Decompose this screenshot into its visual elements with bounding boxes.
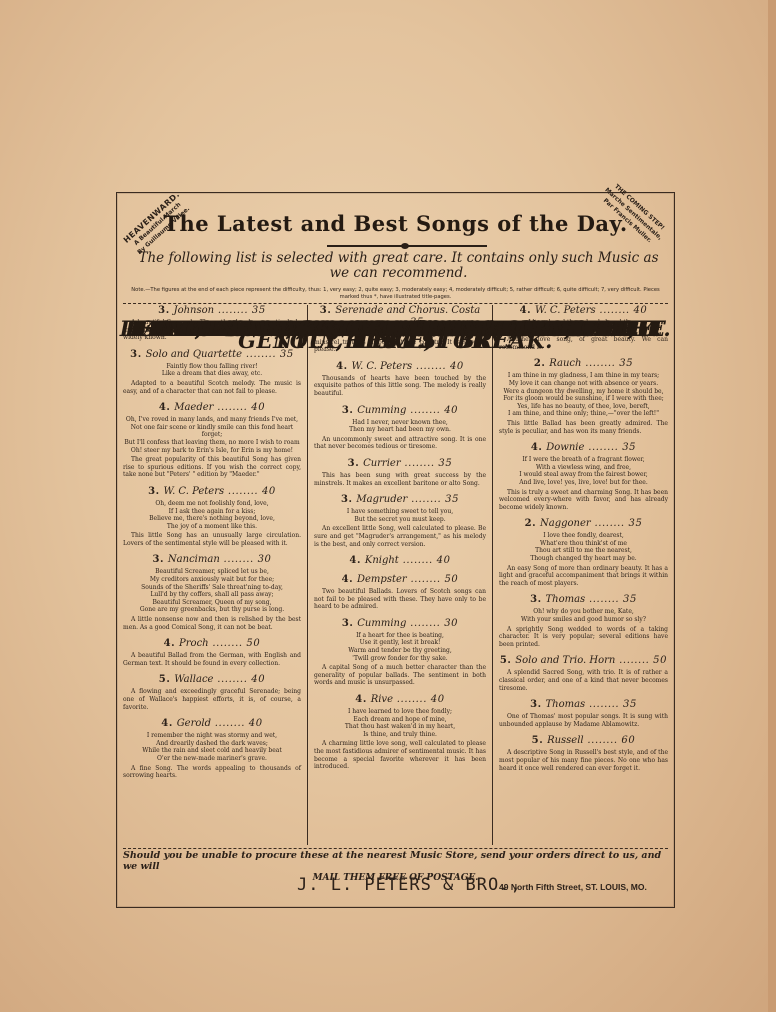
verse-line: O'er the new-made mariner's grave.	[123, 755, 301, 763]
song-description: A charming little love song, well calcul…	[314, 740, 486, 770]
song-verse: I have learned to love thee fondly;Each …	[314, 708, 486, 738]
song-title-line: Life has no Charms for Me. 3. Thomas ...…	[499, 699, 668, 711]
difficulty-grade: 5.	[159, 674, 171, 685]
verse-line: Each dream and hope of mine,	[314, 716, 486, 724]
price: 30	[444, 618, 458, 629]
verse-line: But I'll confess that leaving them, no m…	[123, 439, 301, 447]
difficulty-grade: 3.	[348, 458, 360, 469]
leader-dots: ........	[214, 305, 252, 316]
verse-line: Oh! why do you bother me, Kate,	[499, 608, 668, 616]
song-entry: If a Heart for Thee is Beating, Use it G…	[314, 618, 486, 687]
composer: Gerold	[177, 718, 211, 729]
difficulty-grade: 3.	[130, 349, 142, 360]
price: 40	[249, 718, 263, 729]
leader-dots: ........	[406, 405, 444, 416]
difficulty-grade: 3.	[342, 405, 354, 416]
difficulty-grade: 3.	[342, 618, 354, 629]
difficulty-grade: 4.	[336, 361, 348, 372]
composer: Thomas	[545, 699, 585, 710]
difficulty-grade: 5.	[532, 735, 544, 746]
leader-dots: ........	[412, 361, 450, 372]
composer: Maeder	[174, 402, 213, 413]
verse-line: What'ere thou think'st of me	[499, 540, 668, 548]
song-entry: Lawgiver's Grave. 5. Solo and Trio. Horn…	[499, 655, 668, 692]
difficulty-grade: 4.	[531, 442, 543, 453]
song-entry: I Am Thine, and Thine Only, (Over the Le…	[499, 358, 668, 435]
song-entry: I Canna Bid Him Gang, Mither. 4. Knight …	[314, 555, 486, 567]
song-description: A flowing and exceedingly graceful Seren…	[123, 688, 301, 711]
difficulty-grade: 3.	[153, 554, 165, 565]
price: 50	[444, 574, 458, 585]
verse-line: That thou hast waken'd in my heart,	[314, 723, 486, 731]
song-entry: I Live, Love, but for Thee. 4. Downie ..…	[499, 442, 668, 511]
verse-line: But the secret you must keep.	[314, 516, 486, 524]
song-description: A beautiful Ballad from the German, with…	[123, 652, 301, 667]
leader-dots: ........	[224, 486, 262, 497]
song-entry: I'm Weary of Being in Love. 3. Thomas ..…	[499, 594, 668, 648]
song-entry: Gentle Eva; or, Have you heard the touch…	[314, 361, 486, 398]
verse-line: My love it can change not with absence o…	[499, 380, 668, 388]
verse-line: 'Twill grow fonder for thy sake.	[314, 655, 486, 663]
composer: Wallace	[174, 674, 213, 685]
verse-line: Then my heart had been my own.	[314, 426, 486, 434]
price: 40	[633, 305, 647, 316]
song-description: Thousands of hearts have been touched by…	[314, 375, 486, 398]
song-columns: Awake from thy Slumbers! 3. Johnson ....…	[117, 305, 674, 845]
composer: Currier	[363, 458, 401, 469]
song-verse: I remember the night was stormy and wet,…	[123, 732, 301, 762]
song-description: This is truly a sweet and charming Song.…	[499, 489, 668, 512]
song-title-line: Bright Star of Love, Shine On! 5. Wallac…	[123, 674, 301, 686]
song-title: Main Truck; or, a Leap for Life.	[492, 323, 674, 335]
header: HEAVENWARD. A Beautiful March By Guillau…	[117, 193, 674, 303]
composer: Serenade and Chorus. Costa	[335, 305, 480, 316]
song-title-line: Had I Never, Never Known Thee. 3. Cummin…	[314, 405, 486, 417]
leader-dots: ........	[584, 442, 622, 453]
price: 40	[251, 402, 265, 413]
song-title-line: Lawgiver's Grave. 5. Solo and Trio. Horn…	[499, 655, 668, 667]
song-verse: Oh! why do you bother me, Kate,With your…	[499, 608, 668, 623]
song-description: A little nonsense now and then is relish…	[123, 616, 301, 631]
leader-dots: ........	[209, 638, 247, 649]
song-description: A descriptive Song in Russell's best sty…	[499, 749, 668, 772]
song-entry: I Have Something Sweet to Tell You. 3. M…	[314, 494, 486, 548]
composer: Nanciman	[168, 554, 220, 565]
leader-dots: ........	[407, 574, 445, 585]
song-title-line: I Canna Bid Him Gang, Mither. 4. Knight …	[314, 555, 486, 567]
verse-line: Oh, deem me not foolishly fond, love,	[123, 500, 301, 508]
song-description: An excellent little Song, well calculate…	[314, 525, 486, 548]
leader-dots: ........	[401, 458, 439, 469]
verse-line: Had I never, never known thee,	[314, 419, 486, 427]
leader-dots: ........	[406, 618, 444, 629]
verse-line: Sounds of the Sheriffs' Sale threat'ning…	[123, 584, 301, 592]
verse-line: Beautiful Screamer, spliced let us be,	[123, 568, 301, 576]
song-entry: Oh, Deem me not Foolishly Fond, Love. 3.…	[123, 486, 301, 548]
difficulty-grade: 3.	[530, 699, 542, 710]
price: 35	[623, 699, 637, 710]
composer: W. C. Peters	[164, 486, 225, 497]
song-title-line: I Canna Lo'e Him Less. 4. Dempster .....…	[314, 574, 486, 586]
verse-line: I love thee fondly, dearest,	[499, 532, 668, 540]
song-entry: Mariner's Grave. 4. Gerold ........ 40I …	[123, 718, 301, 780]
composer: Dempster	[357, 574, 407, 585]
song-entry: Main Truck; or, a Leap for Life. 5. Russ…	[499, 735, 668, 772]
song-description: This little Ballad has been greatly admi…	[499, 420, 668, 435]
composer: Downie	[546, 442, 584, 453]
corner-ad-left: HEAVENWARD. A Beautiful March By Guillau…	[108, 177, 237, 303]
difficulty-grade: 3.	[341, 494, 353, 505]
verse-line: I am thine, and thine only; thine,—"over…	[499, 410, 668, 418]
song-description: A sprightly Song wedded to words of a ta…	[499, 626, 668, 649]
song-description: Two beautiful Ballads. Lovers of Scotch …	[314, 588, 486, 611]
song-verse: Beautiful Screamer, spliced let us be,My…	[123, 568, 301, 614]
composer: W. C. Peters	[352, 361, 413, 372]
leader-dots: ........	[584, 735, 622, 746]
leader-dots: ........	[585, 699, 623, 710]
verse-line: Faintly flow thou falling river!	[123, 363, 301, 371]
song-title-line: If a Heart for Thee is Beating, Use it G…	[314, 618, 486, 630]
difficulty-grade: 4.	[161, 718, 173, 729]
verse-line: Use it gently, lest it break!	[314, 639, 486, 647]
difficulty-grade: 5.	[500, 655, 512, 666]
song-title-line: Mariner's Grave. 4. Gerold ........ 40	[123, 718, 301, 730]
composer: Solo and Trio. Horn	[515, 655, 615, 666]
difficulty-note: Note.—The figures at the end of each pie…	[123, 287, 668, 304]
song-title-line: Main Truck; or, a Leap for Life. 5. Russ…	[499, 735, 668, 747]
song-verse: Oh, deem me not foolishly fond, love,If …	[123, 500, 301, 530]
composer: Rive	[371, 694, 393, 705]
verse-line: My creditors anxiously wait but for thee…	[123, 576, 301, 584]
leader-dots: ........	[220, 554, 258, 565]
song-title-line: Erin is my Home. 4. Maeder ........ 40	[123, 402, 301, 414]
footer: Should you be unable to procure these at…	[117, 848, 674, 883]
leader-dots: ........	[585, 594, 623, 605]
price: 50	[246, 638, 260, 649]
song-title-line: I Have Something Sweet to Tell You. 3. M…	[314, 494, 486, 506]
difficulty-grade: 4.	[520, 305, 532, 316]
verse-line: Gone are my greenbacks, but thy purse is…	[123, 606, 301, 614]
song-title-line: I Am Thine, and Thine Only, (Over the Le…	[499, 358, 668, 370]
composer: Naggoner	[540, 518, 591, 529]
verse-line: Warm and tender be thy greeting,	[314, 647, 486, 655]
song-title-line: I Have Learned to Love Thee Fondly. 4. R…	[314, 694, 486, 706]
price: 35	[628, 518, 642, 529]
price: 35	[622, 442, 636, 453]
song-entry: Happy Days of Yore. 3. Currier ........ …	[314, 458, 486, 487]
verse-line: Oh! steer my bark to Erin's Isle, for Er…	[123, 447, 301, 455]
song-description: An easy Song of more than ordinary beaut…	[499, 565, 668, 588]
song-entry: I Love Thee Fondly, Dearest. 2. Naggoner…	[499, 518, 668, 587]
song-verse: If a heart for thee is beating,Use it ge…	[314, 632, 486, 662]
column-3: I Have Loved Thee, Dearly Loved Thee. 4.…	[492, 305, 674, 845]
composer: W. C. Peters	[535, 305, 596, 316]
song-description: A capital Song of a much better characte…	[314, 664, 486, 687]
song-title-line: Beautiful Screamer. 3. Nanciman ........…	[123, 554, 301, 566]
verse-line: I remember the night was stormy and wet,	[123, 732, 301, 740]
verse-line: And drearily dashed the dark waves;	[123, 740, 301, 748]
price: 35	[445, 494, 459, 505]
verse-line: The joy of a moment like this.	[123, 523, 301, 531]
verse-line: Thou art still to me the nearest,	[499, 547, 668, 555]
song-verse: I have something sweet to tell you,But t…	[314, 508, 486, 523]
song-entry: Life has no Charms for Me. 3. Thomas ...…	[499, 699, 668, 728]
song-title-line: Mother's Recognition. 4. Proch ........ …	[123, 638, 301, 650]
verse-line: Oh, I've roved in many lands, and many f…	[123, 416, 301, 424]
order-instructions: Should you be unable to procure these at…	[123, 848, 668, 872]
leader-dots: ........	[591, 518, 629, 529]
leader-dots: ........	[211, 718, 249, 729]
song-verse: Had I never, never known thee,Then my he…	[314, 419, 486, 434]
song-verse: I love thee fondly, dearest,What'ere tho…	[499, 532, 668, 562]
leader-dots: ........	[615, 655, 653, 666]
composer: Thomas	[545, 594, 585, 605]
difficulty-grade: 4.	[159, 402, 171, 413]
price: 40	[450, 361, 464, 372]
verse-line: I have something sweet to tell you,	[314, 508, 486, 516]
verse-line: Is thine, and truly thine.	[314, 731, 486, 739]
difficulty-grade: 3.	[320, 305, 332, 316]
verse-line: I would steal away from the fairest bowe…	[499, 471, 668, 479]
price: 40	[437, 555, 451, 566]
price: 40	[262, 486, 276, 497]
difficulty-grade: 4.	[349, 555, 361, 566]
composer: Proch	[179, 638, 209, 649]
verse-line: If I were the breath of a fragrant flowe…	[499, 456, 668, 464]
difficulty-grade: 2.	[525, 518, 537, 529]
song-description: An uncommonly sweet and attractive song.…	[314, 436, 486, 451]
publisher-name: J. L. PETERS & BRO.,	[297, 875, 522, 895]
difficulty-grade: 3.	[530, 594, 542, 605]
song-verse: If I were the breath of a fragrant flowe…	[499, 456, 668, 486]
verse-line: With a viewless wing, and free,	[499, 464, 668, 472]
song-title-line: I'm Weary of Being in Love. 3. Thomas ..…	[499, 594, 668, 606]
price: 35	[623, 594, 637, 605]
song-description: A splendid Sacred Song, with trio. It is…	[499, 669, 668, 692]
price: 50	[653, 655, 667, 666]
song-description: Adapted to a beautiful Scotch melody. Th…	[123, 380, 301, 395]
price: 35	[619, 358, 633, 369]
price: 40	[251, 674, 265, 685]
song-entry: Erin is my Home. 4. Maeder ........ 40Oh…	[123, 402, 301, 479]
verse-line: Were a dungeon thy dwelling, my home it …	[499, 388, 668, 396]
song-description: One of Thomas' most popular songs. It is…	[499, 713, 668, 728]
column-2: Do not Forget. 3. Serenade and Chorus. C…	[307, 305, 492, 845]
leader-dots: ........	[213, 674, 251, 685]
verse-line: Beautiful Screamer, Queen of my song,	[123, 599, 301, 607]
price: 35	[438, 458, 452, 469]
verse-line: I am thine in my gladness, I am thine in…	[499, 372, 668, 380]
song-entry: Had I Never, Never Known Thee. 3. Cummin…	[314, 405, 486, 451]
leader-dots: ........	[596, 305, 634, 316]
verse-line: For its gloom would be sunshine, if I we…	[499, 395, 668, 403]
leader-dots: ........	[399, 555, 437, 566]
column-1: Awake from thy Slumbers! 3. Johnson ....…	[117, 305, 307, 845]
song-verse: Oh, I've roved in many lands, and many f…	[123, 416, 301, 454]
leader-dots: ........	[581, 358, 619, 369]
publisher-address: 49 North Fifth Street, ST. LOUIS, MO.	[499, 882, 647, 892]
title-divider	[327, 245, 487, 247]
song-description: This little Song has an unusually large …	[123, 532, 301, 547]
song-verse: Faintly flow thou falling river!Like a d…	[123, 363, 301, 378]
verse-line: Lull'd by thy coffers, shall all pass aw…	[123, 591, 301, 599]
advertisement-frame: HEAVENWARD. A Beautiful March By Guillau…	[116, 192, 675, 908]
leader-dots: ........	[393, 694, 431, 705]
composer: Cumming	[357, 618, 406, 629]
difficulty-grade: 4.	[164, 638, 176, 649]
composer: Magruder	[356, 494, 407, 505]
price: 30	[258, 554, 272, 565]
composer: Solo and Quartette	[146, 349, 243, 360]
song-description: The great popularity of this beautiful S…	[123, 456, 301, 479]
composer: Johnson	[174, 305, 215, 316]
composer: Knight	[365, 555, 399, 566]
composer: Cumming	[357, 405, 406, 416]
verse-line: If I ask thee again for a kiss;	[123, 508, 301, 516]
verse-line: With your smiles and good humor so sly?	[499, 616, 668, 624]
verse-line: If a heart for thee is beating,	[314, 632, 486, 640]
difficulty-grade: 3.	[148, 486, 160, 497]
difficulty-grade: 2.	[534, 358, 546, 369]
price: 60	[621, 735, 635, 746]
verse-line: I have learned to love thee fondly;	[314, 708, 486, 716]
song-description: This has been sung with great success by…	[314, 472, 486, 487]
verse-line: While the rain and sleet cold and heavil…	[123, 747, 301, 755]
verse-line: Like a dream that dies away, etc.	[123, 370, 301, 378]
song-title-line: I Live, Love, but for Thee. 4. Downie ..…	[499, 442, 668, 454]
song-entry: Bright Star of Love, Shine On! 5. Wallac…	[123, 674, 301, 711]
song-entry: Mother's Recognition. 4. Proch ........ …	[123, 638, 301, 667]
page-edge	[768, 0, 776, 1012]
price: 35	[252, 305, 266, 316]
song-entry: I Have Learned to Love Thee Fondly. 4. R…	[314, 694, 486, 771]
song-entry: Faintly Flow thou Falling River. 3. Solo…	[123, 349, 301, 395]
difficulty-grade: 4.	[355, 694, 367, 705]
song-title-line: Gentle Eva; or, Have you heard the touch…	[314, 361, 486, 373]
price: 40	[444, 405, 458, 416]
composer: Rauch	[549, 358, 581, 369]
song-verse: I am thine in my gladness, I am thine in…	[499, 372, 668, 418]
song-title-line: Happy Days of Yore. 3. Currier ........ …	[314, 458, 486, 470]
song-title-line: Oh, Deem me not Foolishly Fond, Love. 3.…	[123, 486, 301, 498]
verse-line: Though changed thy heart may be.	[499, 555, 668, 563]
verse-line: Not one fair scene or kindly smile can t…	[123, 424, 301, 439]
difficulty-grade: 4.	[342, 574, 354, 585]
song-title-line: I Love Thee Fondly, Dearest. 2. Naggoner…	[499, 518, 668, 530]
difficulty-grade: 3.	[158, 305, 170, 316]
price: 40	[431, 694, 445, 705]
song-entry: Beautiful Screamer. 3. Nanciman ........…	[123, 554, 301, 631]
song-entry: I Canna Lo'e Him Less. 4. Dempster .....…	[314, 574, 486, 611]
verse-line: Believe me, there's nothing beyond, love…	[123, 515, 301, 523]
subtitle: The following list is selected with grea…	[131, 251, 666, 281]
verse-line: And live, love! yes, live, love! but for…	[499, 479, 668, 487]
leader-dots: ........	[407, 494, 445, 505]
leader-dots: ........	[213, 402, 251, 413]
song-description: A fine Song. The words appealing to thou…	[123, 765, 301, 780]
composer: Russell	[547, 735, 584, 746]
verse-line: Yes, life has no beauty, of thee, love, …	[499, 403, 668, 411]
